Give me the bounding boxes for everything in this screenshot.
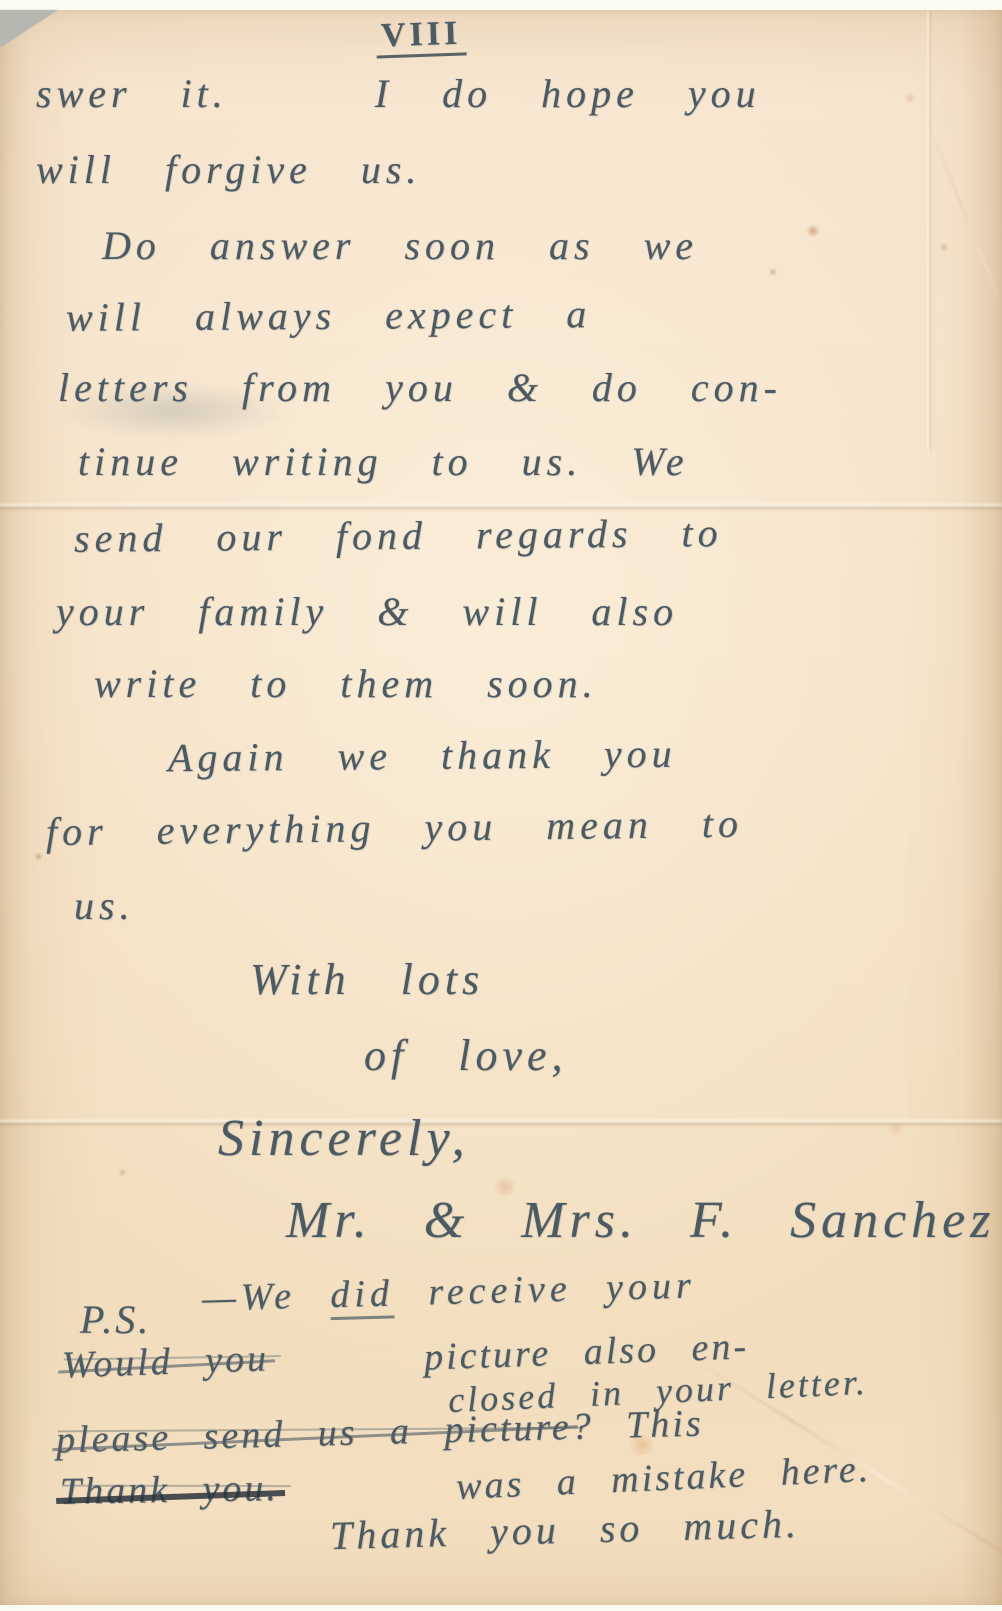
- body-line: swer it. I do hope you: [36, 72, 761, 116]
- body-line: write to them soon.: [94, 662, 598, 706]
- letter-paper: VIII swer it. I do hope you will forgive…: [0, 10, 1002, 1605]
- body-line: for everything you mean to: [46, 802, 743, 855]
- foxing-spot: [885, 1122, 907, 1136]
- ps-line1-prefix: We: [240, 1274, 331, 1318]
- fold-crease-lower: [0, 1118, 1002, 1127]
- body-line: will always expect a: [66, 292, 592, 340]
- signature-line: Mr. & Mrs. F. Sanchez: [286, 1192, 995, 1249]
- scanned-letter-page: VIII swer it. I do hope you will forgive…: [0, 0, 1002, 1611]
- closing-line: With lots: [250, 956, 484, 1004]
- body-line: send our fond regards to: [74, 511, 723, 561]
- closing-line: of love,: [364, 1032, 568, 1080]
- ps-line4-tail: ? This: [571, 1403, 704, 1448]
- foxing-spot: [903, 93, 917, 103]
- ps-insert-line-5: was a mistake here.: [455, 1449, 872, 1509]
- folded-corner-chip: [0, 10, 58, 48]
- foxing-spot: [118, 1168, 127, 1177]
- ps-struck-line-2: please send us a picture? This: [56, 1404, 705, 1463]
- ps-insert-line-6: Thank you so much.: [330, 1502, 801, 1558]
- foxing-spot: [938, 243, 950, 252]
- fold-crease-upper: [0, 502, 1002, 511]
- ps-struck-line-1: Would you: [61, 1338, 269, 1387]
- crease-diagonal-top-right: [922, 112, 1002, 391]
- closing-line: Sincerely,: [218, 1110, 470, 1167]
- struck-text: Thank you.: [60, 1467, 280, 1513]
- foxing-spot: [34, 852, 43, 861]
- body-line: tinue writing to us. We: [78, 440, 689, 484]
- foxing-spot: [768, 268, 778, 276]
- crease-vertical-right: [926, 10, 932, 450]
- body-line: Again we thank you: [168, 732, 677, 780]
- ps-struck-line-3: Thank you.: [60, 1468, 280, 1514]
- ps-line1-suffix: receive your: [393, 1265, 696, 1315]
- foxing-spot: [805, 225, 821, 237]
- body-line: will forgive us.: [36, 148, 421, 192]
- struck-text: Would you: [61, 1337, 269, 1386]
- ps-label: P.S.: [80, 1298, 151, 1342]
- ps-line1-underlined-word: did: [330, 1272, 395, 1320]
- body-line: letters from you & do con-: [58, 366, 782, 410]
- ps-dash: —: [202, 1276, 242, 1319]
- body-line: Do answer soon as we: [102, 224, 698, 268]
- page-number-numeral: VIII: [375, 14, 467, 58]
- page-number: VIII: [375, 14, 466, 55]
- body-line: us.: [74, 884, 135, 928]
- ps-insert-line-1: —We did receive your: [202, 1266, 697, 1321]
- struck-text: please send us a picture: [56, 1406, 573, 1461]
- body-line: your family & will also: [56, 590, 678, 634]
